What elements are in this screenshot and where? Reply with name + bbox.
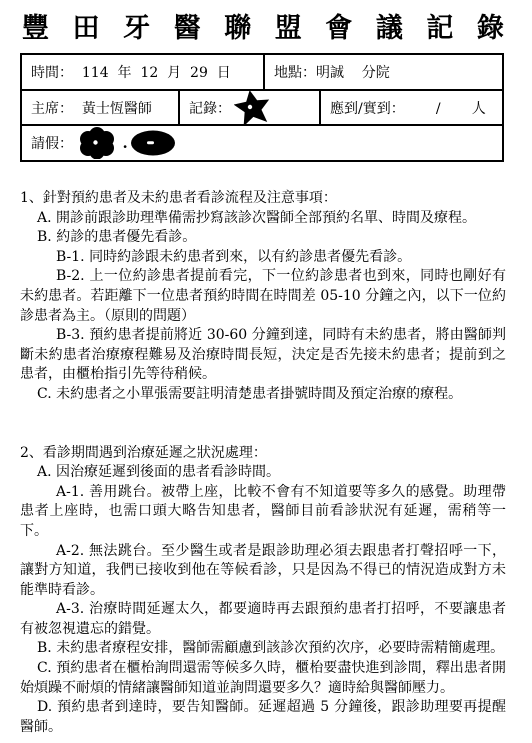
meeting-minutes-page: 豐田牙醫聯盟會議記錄 時間： 114 年 12 月 29 日 地點：明誠 分院 … — [0, 0, 532, 737]
doc-paragraph: B-2. 上一位約診患者提前看完，下一位約診患者也到來，同時也剛好有未約患者。若… — [20, 267, 506, 326]
flower-redaction-icon — [77, 127, 122, 159]
section-delay-handling: 2、看診期間遇到治療延遲之狀況處理： A. 因治療延遲到後面的患者看診時間。 A… — [20, 444, 506, 738]
doc-paragraph: A-1. 善用跳台。被帶上座，比較不會有不知道要等多久的感覺。助理帶患者上座時，… — [20, 483, 506, 542]
location-value: 地點：明誠 分院 — [274, 62, 390, 82]
recorder-cell: 記錄： — [180, 91, 321, 124]
time-value: 時間： 114 年 12 月 29 日 — [31, 62, 231, 82]
chairman-cell: 主席： 黃士恆醫師 — [22, 91, 180, 124]
section-heading: 1、針對預約患者及未約患者看診流程及注意事項： — [20, 189, 506, 209]
leave-label: 請假： — [31, 133, 73, 153]
attendance-value: 應到/實到： / 人 — [330, 98, 486, 118]
table-row: 請假： . — [22, 126, 502, 160]
star-redaction-icon — [234, 91, 279, 124]
section-heading: 2、看診期間遇到治療延遲之狀況處理： — [20, 444, 506, 464]
doc-paragraph: B-1. 同時約診跟未約患者到來，以有約診患者優先看診。 — [20, 248, 506, 268]
doc-paragraph: B-3. 預約患者提前將近 30-60 分鐘到達，同時有未約患者，將由醫師判斷未… — [20, 326, 506, 385]
attendance-cell: 應到/實到： / 人 — [321, 91, 502, 124]
time-cell: 時間： 114 年 12 月 29 日 — [22, 55, 265, 89]
doc-paragraph: C. 預約患者在櫃枱詢問還需等候多久時，櫃枱要盡快進到診間，釋出患者開始煩躁不耐… — [20, 659, 506, 698]
leave-separator: . — [123, 134, 128, 152]
oval-redaction-icon — [130, 129, 177, 157]
doc-paragraph: A. 因治療延遲到後面的患者看診時間。 — [20, 463, 506, 483]
doc-paragraph: B. 未約患者療程安排，醫師需顧慮到該診次預約次序，必要時需精簡處理。 — [20, 639, 506, 659]
doc-paragraph: A-2. 無法跳台。至少醫生或者是跟診助理必須去跟患者打聲招呼一下，讓對方知道，… — [20, 542, 506, 601]
doc-paragraph: D. 預約患者到達時，要告知醫師。延遲超過 5 分鐘後，跟診助理要再提醒醫師。 — [20, 698, 506, 737]
recorder-label: 記錄： — [189, 98, 231, 118]
page-title: 豐田牙醫聯盟會議記錄 — [22, 13, 504, 45]
chairman-value: 主席： 黃士恆醫師 — [31, 98, 152, 118]
doc-paragraph: A. 開診前跟診助理準備需抄寫該診次醫師全部預約名單、時間及療程。 — [20, 209, 506, 229]
doc-paragraph: C. 未約患者之小單張需要註明清楚患者掛號時間及預定治療的療程。 — [20, 385, 506, 405]
section-appointment-flow: 1、針對預約患者及未約患者看診流程及注意事項： A. 開診前跟診助理準備需抄寫該… — [20, 189, 506, 405]
table-row: 時間： 114 年 12 月 29 日 地點：明誠 分院 — [22, 55, 502, 91]
table-row: 主席： 黃士恆醫師 記錄： 應到/實到： / 人 — [22, 91, 502, 126]
doc-paragraph: A-3. 治療時間延遲太久，都要適時再去跟預約患者打招呼，不要讓患者有被忽視遺忘… — [20, 600, 506, 639]
meeting-info-table: 時間： 114 年 12 月 29 日 地點：明誠 分院 主席： 黃士恆醫師 記… — [20, 53, 504, 162]
leave-cell: 請假： . — [22, 126, 502, 160]
doc-paragraph: B. 約診的患者優先看診。 — [20, 228, 506, 248]
location-cell: 地點：明誠 分院 — [265, 55, 502, 89]
